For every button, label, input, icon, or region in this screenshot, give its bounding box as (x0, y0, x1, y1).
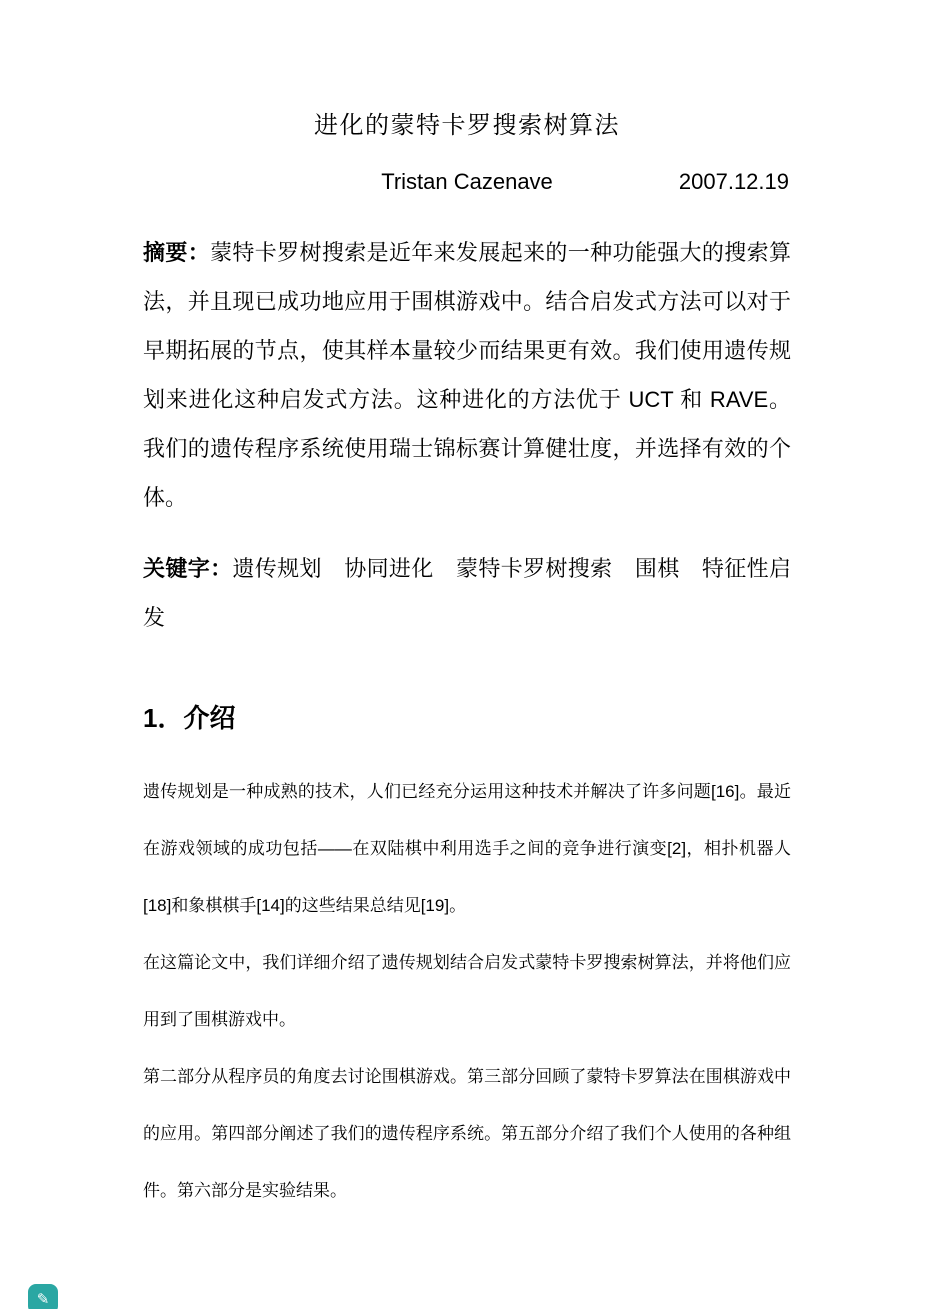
section-heading-introduction: 1．介绍 (143, 702, 791, 736)
document-date: 2007.12.19 (679, 166, 789, 198)
keywords-text: 遗传规划 协同进化 蒙特卡罗树搜索 围棋 特征性启发 (143, 556, 791, 630)
pencil-icon: ✎ (37, 1292, 50, 1307)
body-paragraph: 遗传规划是一种成熟的技术，人们已经充分运用这种技术并解决了许多问题[16]。最近… (143, 763, 791, 934)
author-name: Tristan Cazenave (381, 166, 553, 198)
keywords-label: 关键字： (143, 556, 232, 581)
body-paragraph: 第二部分从程序员的角度去讨论围棋游戏。第三部分回顾了蒙特卡罗算法在围棋游戏中的应… (143, 1048, 791, 1219)
floating-tool-button[interactable]: ✎ (28, 1284, 58, 1309)
document-title: 进化的蒙特卡罗搜索树算法 (143, 110, 791, 142)
abstract-label: 摘要： (143, 240, 210, 265)
byline: Tristan Cazenave 2007.12.19 (143, 166, 791, 198)
abstract-text: 蒙特卡罗树搜索是近年来发展起来的一种功能强大的搜索算法，并且现已成功地应用于围棋… (143, 240, 791, 510)
section-body: 遗传规划是一种成熟的技术，人们已经充分运用这种技术并解决了许多问题[16]。最近… (143, 763, 791, 1219)
document-page: 进化的蒙特卡罗搜索树算法 Tristan Cazenave 2007.12.19… (0, 0, 926, 1309)
keywords-paragraph: 关键字：遗传规划 协同进化 蒙特卡罗树搜索 围棋 特征性启发 (143, 544, 791, 642)
body-paragraph: 在这篇论文中，我们详细介绍了遗传规划结合启发式蒙特卡罗搜索树算法，并将他们应用到… (143, 934, 791, 1048)
document-content: 进化的蒙特卡罗搜索树算法 Tristan Cazenave 2007.12.19… (143, 0, 791, 1219)
abstract-paragraph: 摘要：蒙特卡罗树搜索是近年来发展起来的一种功能强大的搜索算法，并且现已成功地应用… (143, 228, 791, 522)
